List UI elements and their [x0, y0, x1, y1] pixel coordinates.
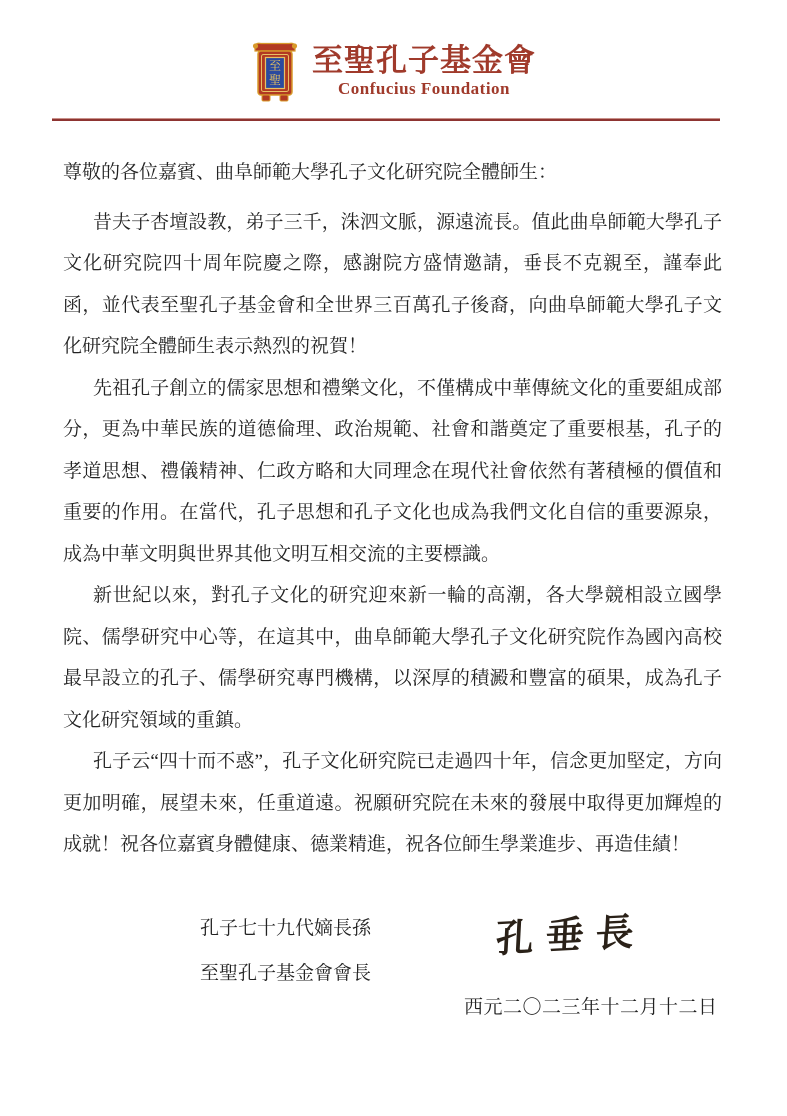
letter-body: 尊敬的各位嘉賓、曲阜師範大學孔子文化研究院全體師生： 昔夫子杏壇設教，弟子三千，… [63, 152, 722, 866]
tablet-char-top: 至 [269, 59, 281, 73]
confucius-seal-tablet-icon: 至 聖 [251, 40, 299, 102]
paragraph-3: 新世紀以來，對孔子文化的研究迎來新一輪的高潮，各大學競相設立國學院、儒學研究中心… [63, 575, 722, 741]
org-name-chinese: 至聖孔子基金會 [312, 44, 536, 78]
letter-date: 西元二〇二三年十二月十二日 [464, 993, 718, 1023]
header-rule [52, 118, 720, 121]
paragraph-1: 昔夫子杏壇設教，弟子三千，洙泗文脈，源遠流長。值此曲阜師範大學孔子文化研究院四十… [63, 202, 722, 368]
org-titles: 至聖孔子基金會 Confucius Foundation [312, 44, 536, 98]
paragraph-2: 先祖孔子創立的儒家思想和禮樂文化，不僅構成中華傳統文化的重要組成部分，更為中華民… [63, 368, 722, 576]
signature-title-line2: 至聖孔子基金會會長 [200, 951, 371, 996]
letter-page: 至 聖 至聖孔子基金會 Confucius Foundation 尊敬的各位嘉賓… [0, 0, 787, 1116]
tablet-char-bottom: 聖 [269, 73, 281, 87]
paragraph-4: 孔子云“四十而不惑”，孔子文化研究院已走過四十年，信念更加堅定，方向更加明確，展… [63, 741, 722, 866]
foundation-header: 至 聖 至聖孔子基金會 Confucius Foundation [0, 40, 787, 102]
signature-handwriting: 孔垂長 [495, 900, 648, 963]
signature-title-line1: 孔子七十九代嫡長孫 [200, 906, 371, 951]
org-name-english: Confucius Foundation [312, 80, 536, 98]
signature-titles: 孔子七十九代嫡長孫 至聖孔子基金會會長 [200, 906, 371, 996]
salutation: 尊敬的各位嘉賓、曲阜師範大學孔子文化研究院全體師生： [63, 152, 722, 194]
